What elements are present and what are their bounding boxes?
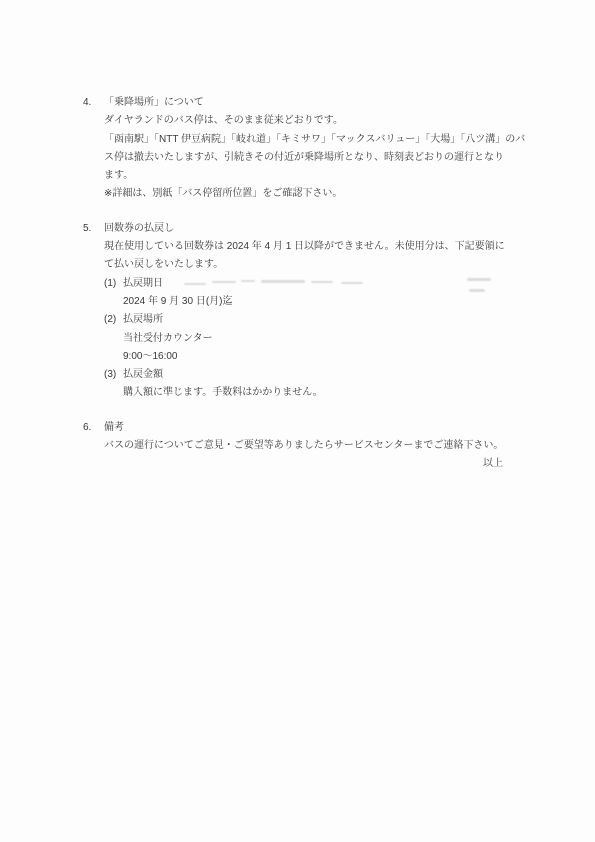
item-body: 払戻金額 購入額に準じます。手数料はかかりません。: [123, 366, 513, 403]
section-title: 備考: [104, 419, 124, 437]
refund-item-deadline: (1) 払戻期日 2024 年 9 月 30 日(月)迄: [104, 275, 513, 312]
scan-bleed-artifact: [469, 289, 485, 292]
document-content: 4. 「乗降場所」について ダイヤランドのバス停は、そのまま従来どおりです。 「…: [83, 94, 513, 474]
section-number: 6.: [83, 419, 104, 437]
item-label: (1): [104, 275, 123, 312]
body-line: て払い戻しをいたします。: [104, 256, 513, 274]
section-heading: 4. 「乗降場所」について: [83, 94, 513, 112]
section-body: バスの運行についてご意見・ご要望等ありましたらサービスセンターまでご連絡下さい。…: [104, 437, 513, 474]
section-number: 4.: [83, 94, 104, 112]
item-heading: 払戻期日: [123, 275, 513, 293]
item-body: 払戻場所 当社受付カウンター 9:00〜16:00: [123, 311, 513, 366]
closing-mark: 以上: [104, 455, 513, 473]
item-heading: 払戻場所: [123, 311, 513, 329]
body-line: ス停は撤去いたしますが、引続きその付近が乗降場所となり、時刻表どおりの運行となり: [104, 149, 513, 167]
section-boarding-locations: 4. 「乗降場所」について ダイヤランドのバス停は、そのまま従来どおりです。 「…: [83, 94, 513, 204]
body-line-note: ※詳細は、別紙「バス停留所位置」をご確認下さい。: [104, 185, 513, 203]
section-title: 回数券の払戻し: [104, 220, 174, 238]
section-number: 5.: [83, 220, 104, 238]
section-heading: 6. 備考: [83, 419, 513, 437]
item-line: 9:00〜16:00: [123, 348, 513, 366]
body-line: ます。: [104, 167, 513, 185]
body-line: 「函南駅」「NTT 伊豆病院」「岐れ道」「キミサワ」「マックスバリュー」「大場」…: [104, 131, 513, 149]
item-label: (2): [104, 311, 123, 366]
section-heading: 5. 回数券の払戻し: [83, 220, 513, 238]
section-body: ダイヤランドのバス停は、そのまま従来どおりです。 「函南駅」「NTT 伊豆病院」…: [104, 112, 513, 203]
scan-bleed-artifact: [341, 282, 363, 284]
scan-bleed-artifact: [467, 278, 491, 281]
body-line: ダイヤランドのバス停は、そのまま従来どおりです。: [104, 112, 513, 130]
section-coupon-refund: 5. 回数券の払戻し 現在使用している回数券は 2024 年 4 月 1 日以降…: [83, 220, 513, 403]
refund-item-amount: (3) 払戻金額 購入額に準じます。手数料はかかりません。: [104, 366, 513, 403]
scanned-document-page: 4. 「乗降場所」について ダイヤランドのバス停は、そのまま従来どおりです。 「…: [0, 0, 595, 842]
scan-bleed-artifact: [241, 280, 255, 282]
item-label: (3): [104, 366, 123, 403]
scan-bleed-artifact: [184, 283, 206, 285]
section-remarks: 6. 備考 バスの運行についてご意見・ご要望等ありましたらサービスセンターまでご…: [83, 419, 513, 474]
section-title: 「乗降場所」について: [104, 94, 204, 112]
scan-bleed-artifact: [311, 281, 333, 283]
scan-bleed-artifact: [212, 281, 236, 283]
item-heading: 払戻金額: [123, 366, 513, 384]
item-line: 購入額に準じます。手数料はかかりません。: [123, 384, 513, 402]
item-line: 2024 年 9 月 30 日(月)迄: [123, 293, 513, 311]
scan-bleed-artifact: [261, 280, 305, 283]
item-line: 当社受付カウンター: [123, 330, 513, 348]
body-line: バスの運行についてご意見・ご要望等ありましたらサービスセンターまでご連絡下さい。: [104, 437, 513, 455]
refund-item-location: (2) 払戻場所 当社受付カウンター 9:00〜16:00: [104, 311, 513, 366]
section-body: 現在使用している回数券は 2024 年 4 月 1 日以降ができません。未使用分…: [104, 238, 513, 403]
body-line: 現在使用している回数券は 2024 年 4 月 1 日以降ができません。未使用分…: [104, 238, 513, 256]
